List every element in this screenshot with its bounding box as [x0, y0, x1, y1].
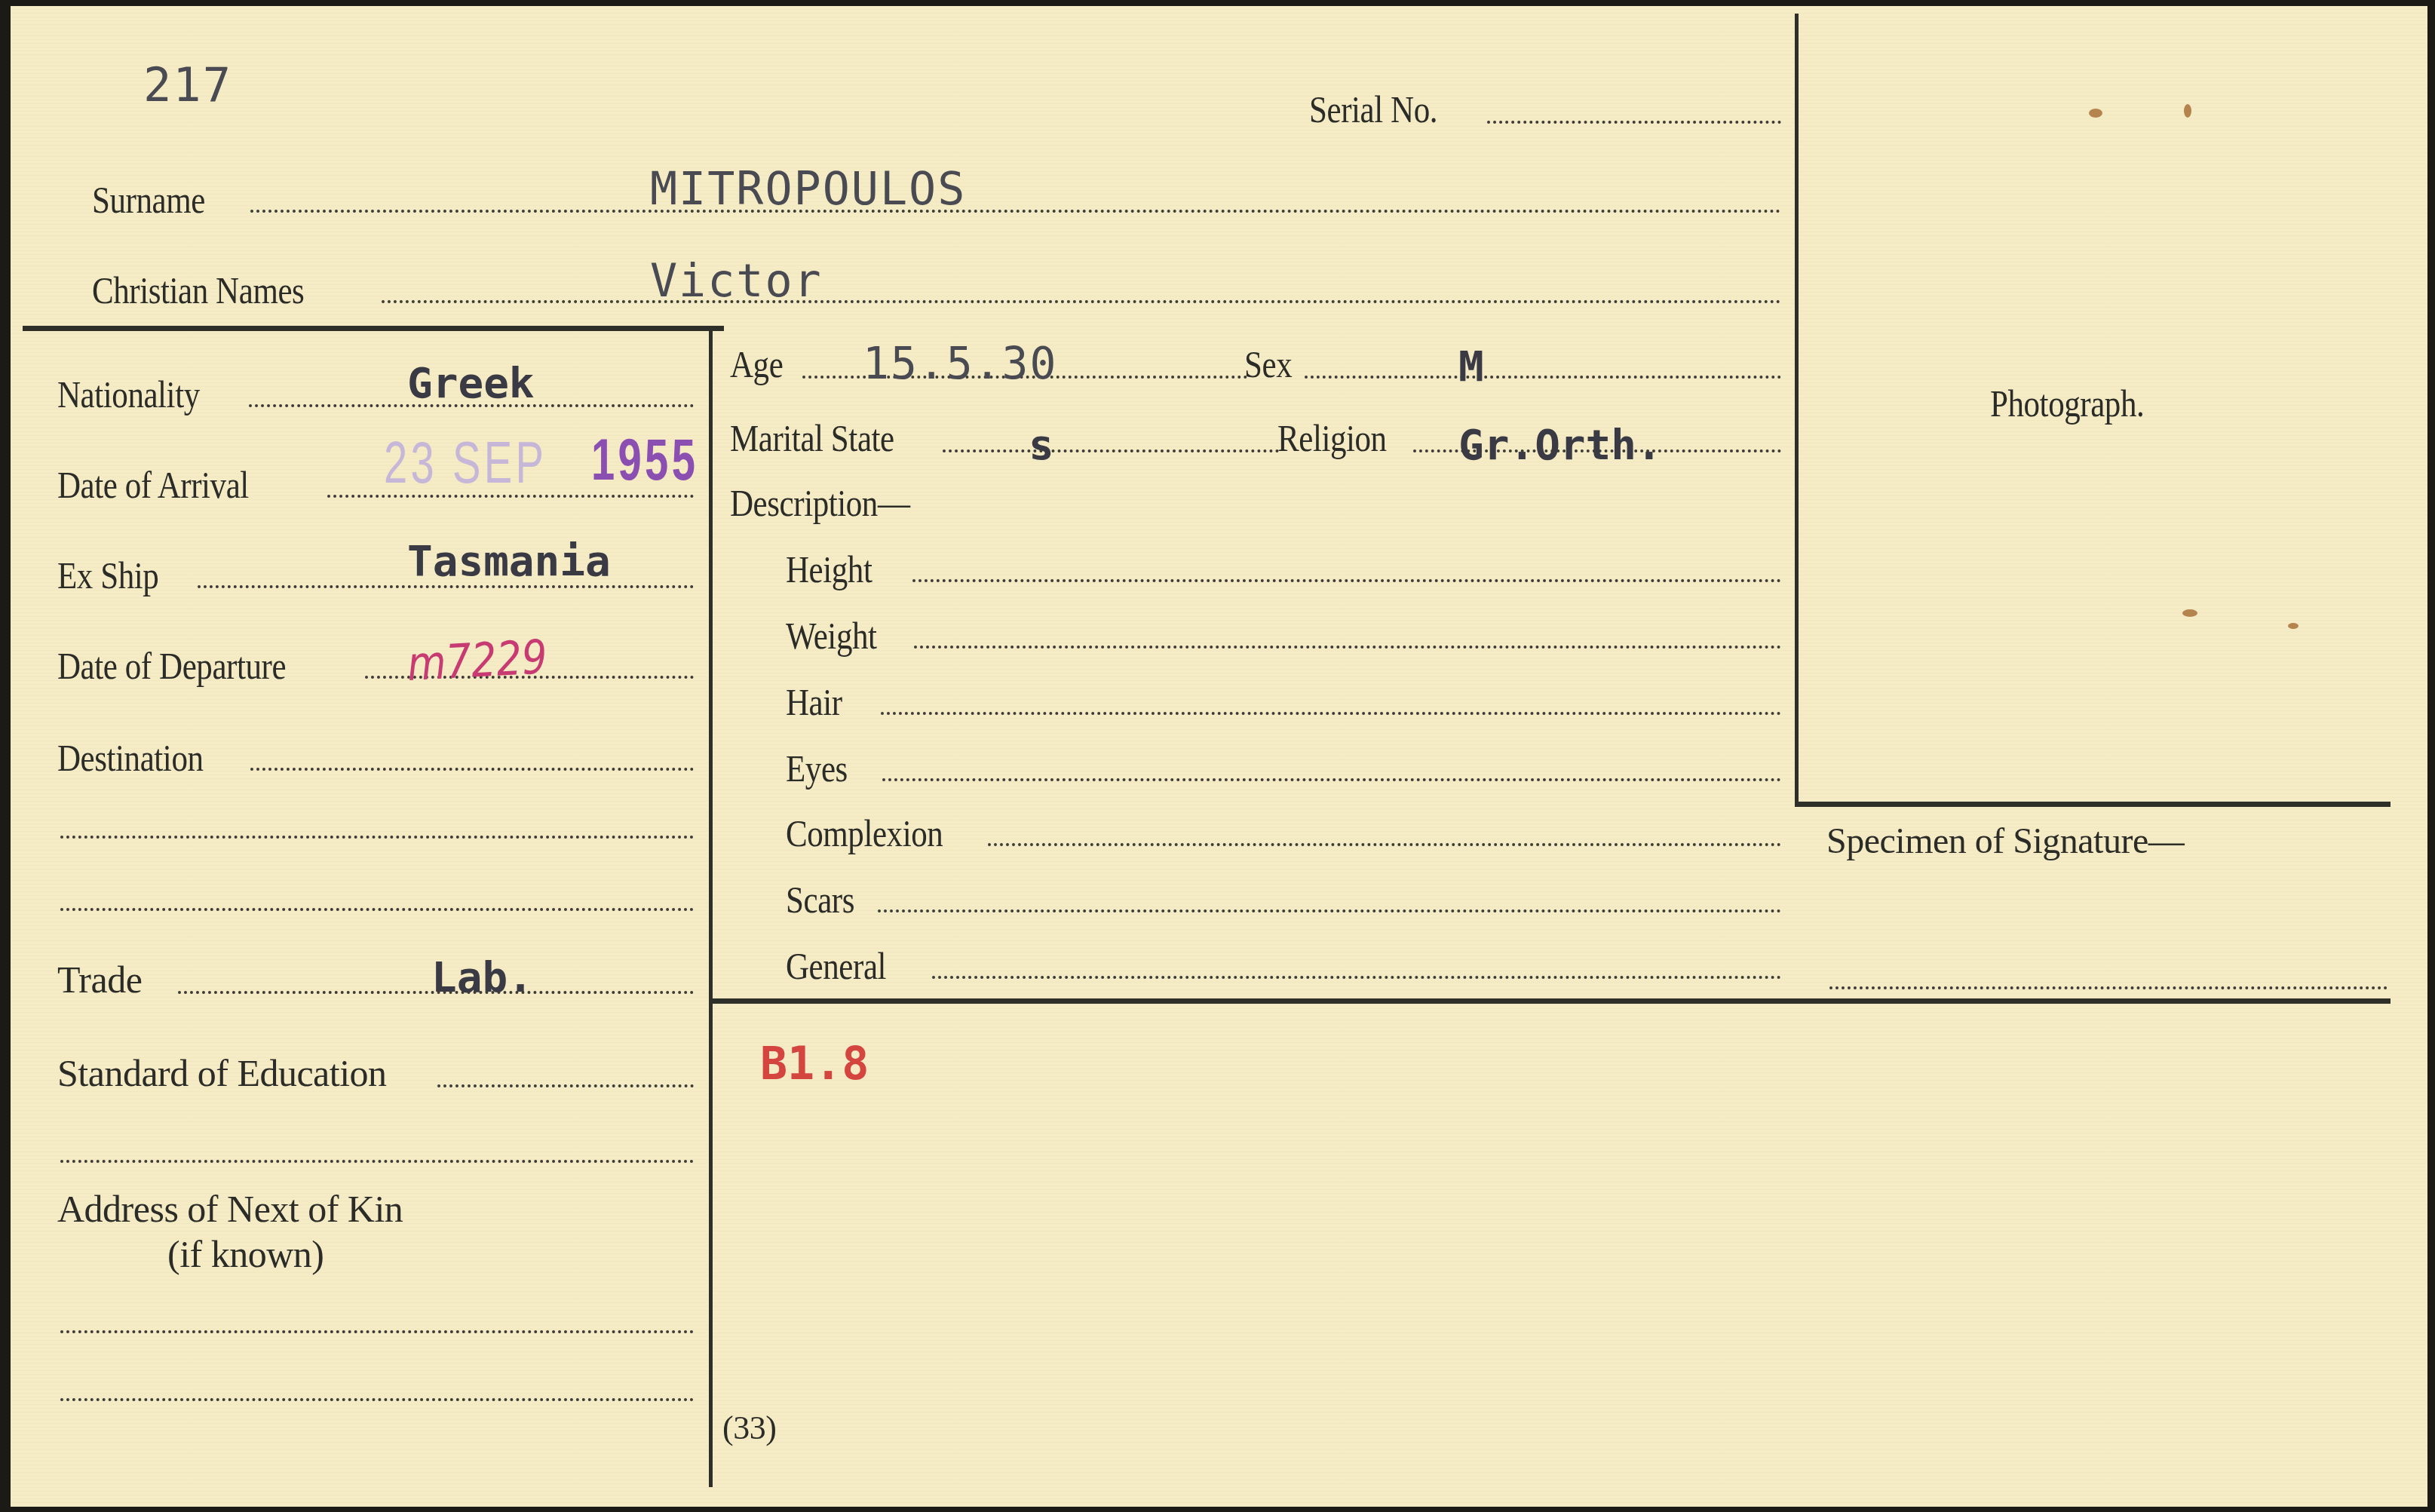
destination-label: Destination	[57, 736, 204, 780]
trade-label: Trade	[57, 958, 142, 1001]
next-of-kin-label: Address of Next of Kin	[57, 1187, 403, 1231]
christian-names-value[interactable]: Victor	[650, 255, 823, 308]
ship-value[interactable]: Tasmania	[407, 537, 611, 586]
height-field[interactable]	[912, 579, 1781, 582]
nationality-label: Nationality	[57, 373, 200, 416]
education-label: Standard of Education	[57, 1051, 387, 1095]
destination-field-line-3[interactable]	[60, 908, 694, 911]
surname-field-line	[250, 210, 1781, 213]
arrival-stamp-year: 1955	[591, 425, 698, 494]
weight-field[interactable]	[914, 646, 1781, 649]
photo-box-bottom-border	[1795, 802, 2391, 807]
marital-field-line	[943, 449, 1279, 452]
stain-mark	[2288, 623, 2299, 629]
age-label: Age	[730, 342, 783, 386]
christian-names-label: Christian Names	[92, 268, 304, 312]
signature-label: Specimen of Signature—	[1826, 820, 2184, 862]
photograph-area[interactable]	[1802, 15, 2390, 799]
serial-no-label: Serial No.	[1309, 87, 1437, 131]
stain-mark	[2182, 609, 2197, 617]
immigration-card: 217 Serial No. Surname MITROPOULOS Chris…	[11, 6, 2427, 1507]
height-label: Height	[786, 547, 872, 591]
weight-label: Weight	[786, 614, 877, 658]
ship-label: Ex Ship	[57, 554, 158, 597]
surname-label: Surname	[92, 178, 205, 222]
sex-label: Sex	[1244, 342, 1292, 386]
eyes-field[interactable]	[882, 778, 1781, 781]
scars-label: Scars	[786, 878, 854, 922]
stain-mark	[2089, 109, 2102, 118]
names-divider-rule	[23, 326, 724, 331]
hair-label: Hair	[786, 680, 842, 724]
departure-value[interactable]: m7229	[406, 629, 548, 692]
photo-box-left-border	[1795, 14, 1799, 807]
education-field[interactable]	[437, 1084, 694, 1087]
arrival-stamp-day: 23 SEP	[384, 428, 547, 497]
destination-field-line[interactable]	[250, 768, 694, 771]
complexion-field[interactable]	[988, 843, 1781, 846]
signature-field[interactable]	[1829, 986, 2387, 989]
serial-no-field[interactable]	[1487, 121, 1781, 124]
form-number: (33)	[722, 1409, 776, 1447]
departure-label: Date of Departure	[57, 644, 286, 688]
office-code: B1.8	[760, 1038, 869, 1090]
age-value[interactable]: 15.5.30	[863, 338, 1057, 389]
religion-value[interactable]: Gr.Orth.	[1458, 421, 1662, 470]
marital-value[interactable]: s	[1029, 421, 1054, 470]
marital-label: Marital State	[730, 416, 894, 460]
complexion-label: Complexion	[786, 811, 943, 855]
card-number: 217	[143, 57, 232, 112]
surname-value[interactable]: MITROPOULOS	[650, 163, 966, 216]
arrival-label: Date of Arrival	[57, 463, 249, 507]
scars-field[interactable]	[878, 909, 1781, 912]
general-label: General	[786, 944, 886, 988]
trade-value[interactable]: Lab.	[431, 953, 533, 1002]
next-of-kin-field-line-1[interactable]	[60, 1330, 694, 1333]
general-field[interactable]	[932, 976, 1781, 979]
description-label: Description—	[730, 481, 909, 525]
nationality-value[interactable]: Greek	[407, 359, 535, 408]
eyes-label: Eyes	[786, 747, 848, 790]
destination-field-line-2[interactable]	[60, 836, 694, 839]
religion-label: Religion	[1277, 416, 1387, 460]
christian-names-field-line	[382, 300, 1781, 303]
education-field-line-2[interactable]	[60, 1160, 694, 1163]
description-bottom-rule	[712, 998, 2391, 1004]
left-column-divider	[709, 326, 713, 1487]
stain-mark	[2184, 104, 2191, 118]
next-of-kin-sublabel: (if known)	[167, 1232, 324, 1276]
hair-field[interactable]	[881, 712, 1781, 715]
sex-value[interactable]: M	[1458, 342, 1484, 391]
sex-field-line	[1305, 376, 1781, 379]
next-of-kin-field-line-2[interactable]	[60, 1398, 694, 1401]
